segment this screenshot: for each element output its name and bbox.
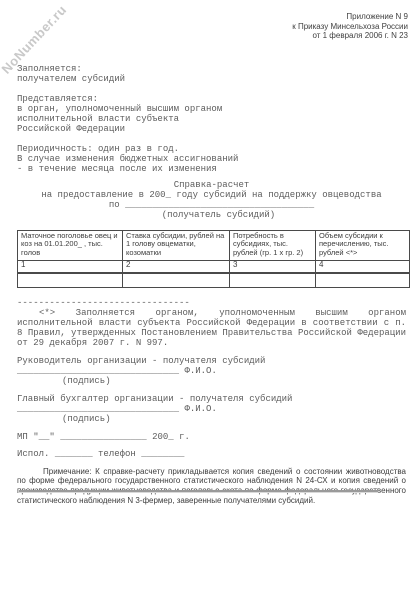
date-blank: ________________ — [60, 432, 146, 442]
signature-line: ______________________________ Ф.И.О. — [17, 404, 406, 414]
empty-cell — [123, 273, 230, 288]
filled-by-value: получателем субсидий — [17, 74, 406, 84]
document-body: Заполняется: получателем субсидий Предст… — [0, 64, 420, 506]
day-blank: "__" — [33, 432, 55, 442]
stamp-date-line: МП "__" ________________ 200_ г. — [17, 432, 406, 442]
signature-caption: (подпись) — [17, 414, 406, 424]
footnote-text: <*> Заполняется органом, уполномоченным … — [17, 308, 406, 348]
title-line1: Справка-расчет — [17, 180, 406, 190]
submitted-label: Представляется: — [17, 94, 406, 104]
filled-by-label: Заполняется: — [17, 64, 406, 74]
filled-by-block: Заполняется: получателем субсидий — [17, 64, 406, 84]
table-header-row: Маточное поголовье овец и коз на 01.01.2… — [18, 230, 410, 260]
preamble: Заполняется: получателем субсидий Предст… — [17, 64, 406, 174]
fio-label: Ф.И.О. — [184, 366, 216, 376]
submitted-line: в орган, уполномоченный высшим органом — [17, 104, 406, 114]
submitted-to-block: Представляется: в орган, уполномоченный … — [17, 94, 406, 134]
signature-line: ______________________________ Ф.И.О. — [17, 366, 406, 376]
appendix-order-date: от 1 февраля 2006 г. N 23 — [0, 31, 408, 41]
document-title: Справка-расчет на предоставление в 200_ … — [17, 180, 406, 220]
phone-label: телефон — [98, 449, 136, 459]
periodicity-line: В случае изменения бюджетных ассигновани… — [17, 154, 406, 164]
signature-caption: (подпись) — [17, 376, 406, 386]
signature-role: Руководитель организации - получателя су… — [17, 356, 406, 366]
col-number: 1 — [18, 260, 123, 273]
col-header-amount: Объем субсидии к перечислению, тыс. рубл… — [316, 230, 410, 260]
stamp-label: МП — [17, 432, 28, 442]
appendix-order-ref: к Приказу Минсельхоза России — [0, 22, 408, 32]
signature-block-director: Руководитель организации - получателя су… — [17, 356, 406, 386]
periodicity-block: Периодичность: один раз в год. В случае … — [17, 144, 406, 174]
col-number: 2 — [123, 260, 230, 273]
phone-blank: ________ — [141, 449, 184, 459]
subsidy-calculation-table: Маточное поголовье овец и коз на 01.01.2… — [17, 230, 410, 288]
col-header-rate: Ставка субсидии, рублей на 1 голову овце… — [123, 230, 230, 260]
empty-cell — [230, 273, 316, 288]
footnote-separator: -------------------------------- — [17, 298, 406, 308]
empty-cell — [316, 273, 410, 288]
bottom-divider — [19, 490, 378, 492]
recipient-blank-line: по ___________________________________ — [17, 200, 406, 210]
note-paragraph: Примечание: К справке-расчету прикладыва… — [17, 467, 406, 505]
executor-blank: _______ — [55, 449, 93, 459]
col-number: 3 — [230, 260, 316, 273]
document-page: NoNumber.ru Приложение N 9 к Приказу Мин… — [0, 0, 420, 600]
col-header-livestock: Маточное поголовье овец и коз на 01.01.2… — [18, 230, 123, 260]
fio-label: Ф.И.О. — [184, 404, 216, 414]
periodicity-line: - в течение месяца после их изменения — [17, 164, 406, 174]
table-column-numbers-row: 1 2 3 4 — [18, 260, 410, 273]
submitted-line: Российской Федерации — [17, 124, 406, 134]
col-header-need: Потребность в субсидиях, тыс. рублей (гр… — [230, 230, 316, 260]
executor-line: Испол. _______ телефон ________ — [17, 449, 406, 459]
year-label: 200_ г. — [152, 432, 190, 442]
submitted-line: исполнительной власти субъекта — [17, 114, 406, 124]
executor-label: Испол. — [17, 449, 49, 459]
recipient-caption: (получатель субсидий) — [31, 210, 406, 220]
table-empty-row — [18, 273, 410, 288]
signature-blank: ______________________________ — [17, 366, 179, 376]
signature-block-accountant: Главный бухгалтер организации - получате… — [17, 394, 406, 424]
col-number: 4 — [316, 260, 410, 273]
title-line2: на предоставление в 200_ году субсидий н… — [17, 190, 406, 200]
periodicity-line: Периодичность: один раз в год. — [17, 144, 406, 154]
signature-blank: ______________________________ — [17, 404, 179, 414]
signature-role: Главный бухгалтер организации - получате… — [17, 394, 406, 404]
empty-cell — [18, 273, 123, 288]
